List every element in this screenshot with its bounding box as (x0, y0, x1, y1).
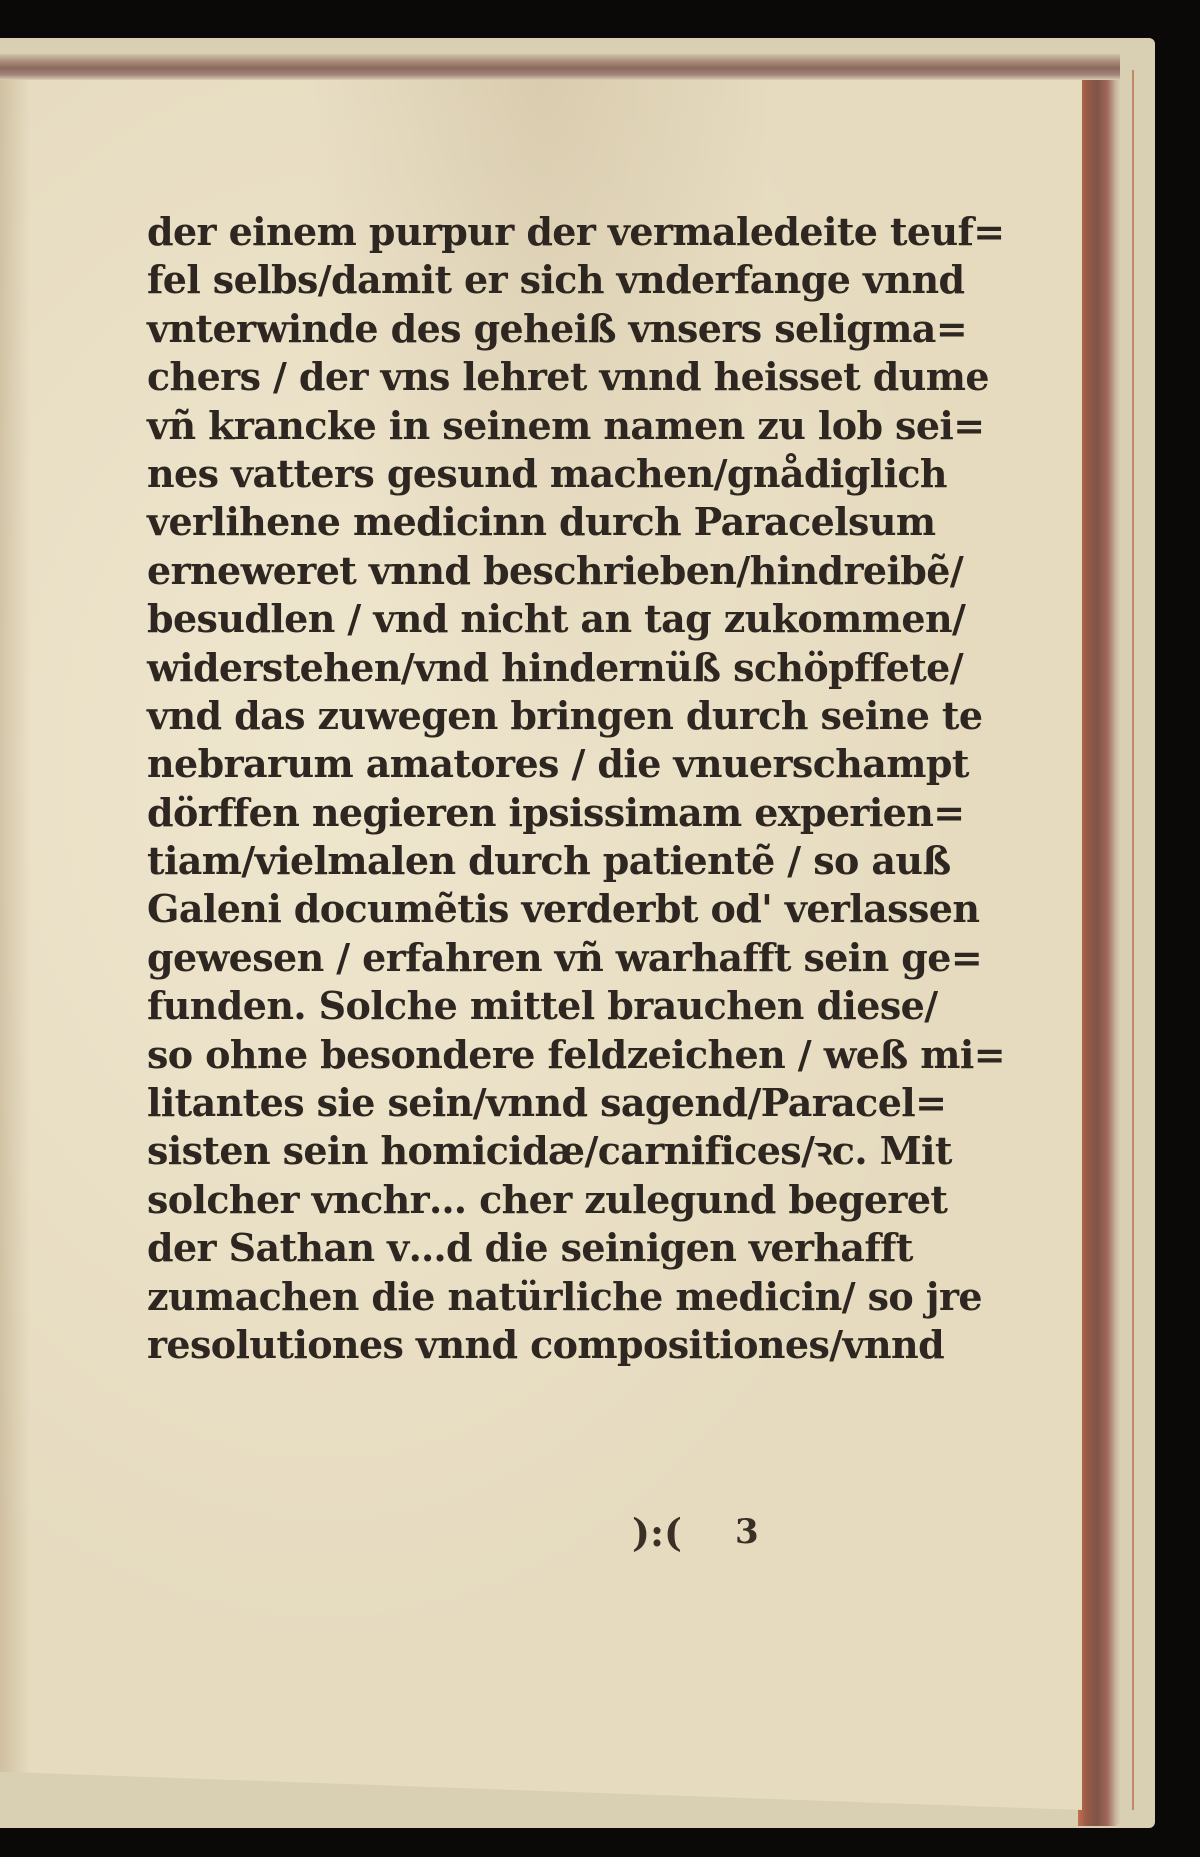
cover-edge-line (1132, 70, 1134, 1810)
text-line: chers / der vns lehret vnnd heisset dume (147, 353, 907, 401)
page-fore-edge (1078, 66, 1120, 1826)
text-line: vñ krancke in seinem namen zu lob sei= (147, 402, 907, 450)
signature-mark: ):( (632, 1510, 682, 1555)
text-line: Galeni documẽtis verderbt od' verlassen (147, 885, 907, 933)
text-line: nebrarum amatores / die vnuerschampt (147, 740, 907, 788)
text-line: tiam/vielmalen durch patientẽ / so auß (147, 837, 907, 885)
text-line: sisten sein homicidæ/carnifices/ꝛc. Mit (147, 1127, 907, 1175)
text-line: zumachen die natürliche medicin/ so jre (147, 1273, 907, 1321)
text-line: besudlen / vnd nicht an tag zukommen/ (147, 595, 907, 643)
folio-number: 3 (735, 1512, 759, 1552)
text-line: litantes sie sein/vnnd sagend/Paracel= (147, 1079, 907, 1127)
text-line: solcher vnchr… cher zulegund begeret (147, 1176, 907, 1224)
text-line: dörffen negieren ipsissimam experien= (147, 789, 907, 837)
text-line: funden. Solche mittel brauchen diese/ (147, 982, 907, 1030)
page-head-edge (0, 54, 1120, 80)
text-line: so ohne besondere feldzeichen / weß mi= (147, 1031, 907, 1079)
text-line: resolutiones vnnd compositiones/vnnd (147, 1321, 907, 1369)
text-line: erneweret vnnd beschrieben/hindreibẽ/ (147, 547, 907, 595)
text-line: vnterwinde des geheiß vnsers seligma= (147, 305, 907, 353)
gutter-shadow (0, 70, 30, 1810)
text-line: gewesen / erfahren vñ warhafft sein ge= (147, 934, 907, 982)
text-line: der einem purpur der vermaledeite teuf= (147, 208, 907, 256)
text-line: der Sathan v…d die seinigen verhafft (147, 1224, 907, 1272)
text-line: widerstehen/vnd hindernüß schöpffete/ (147, 644, 907, 692)
text-line: fel selbs/damit er sich vnderfange vnnd (147, 256, 907, 304)
text-line: verlihene medicinn durch Paracelsum (147, 498, 907, 546)
book-page: der einem purpur der vermaledeite teuf= … (0, 70, 1082, 1810)
text-block: der einem purpur der vermaledeite teuf= … (147, 208, 907, 1369)
text-line: nes vatters gesund machen/gnådiglich (147, 450, 907, 498)
text-line: vnd das zuwegen bringen durch seine te (147, 692, 907, 740)
